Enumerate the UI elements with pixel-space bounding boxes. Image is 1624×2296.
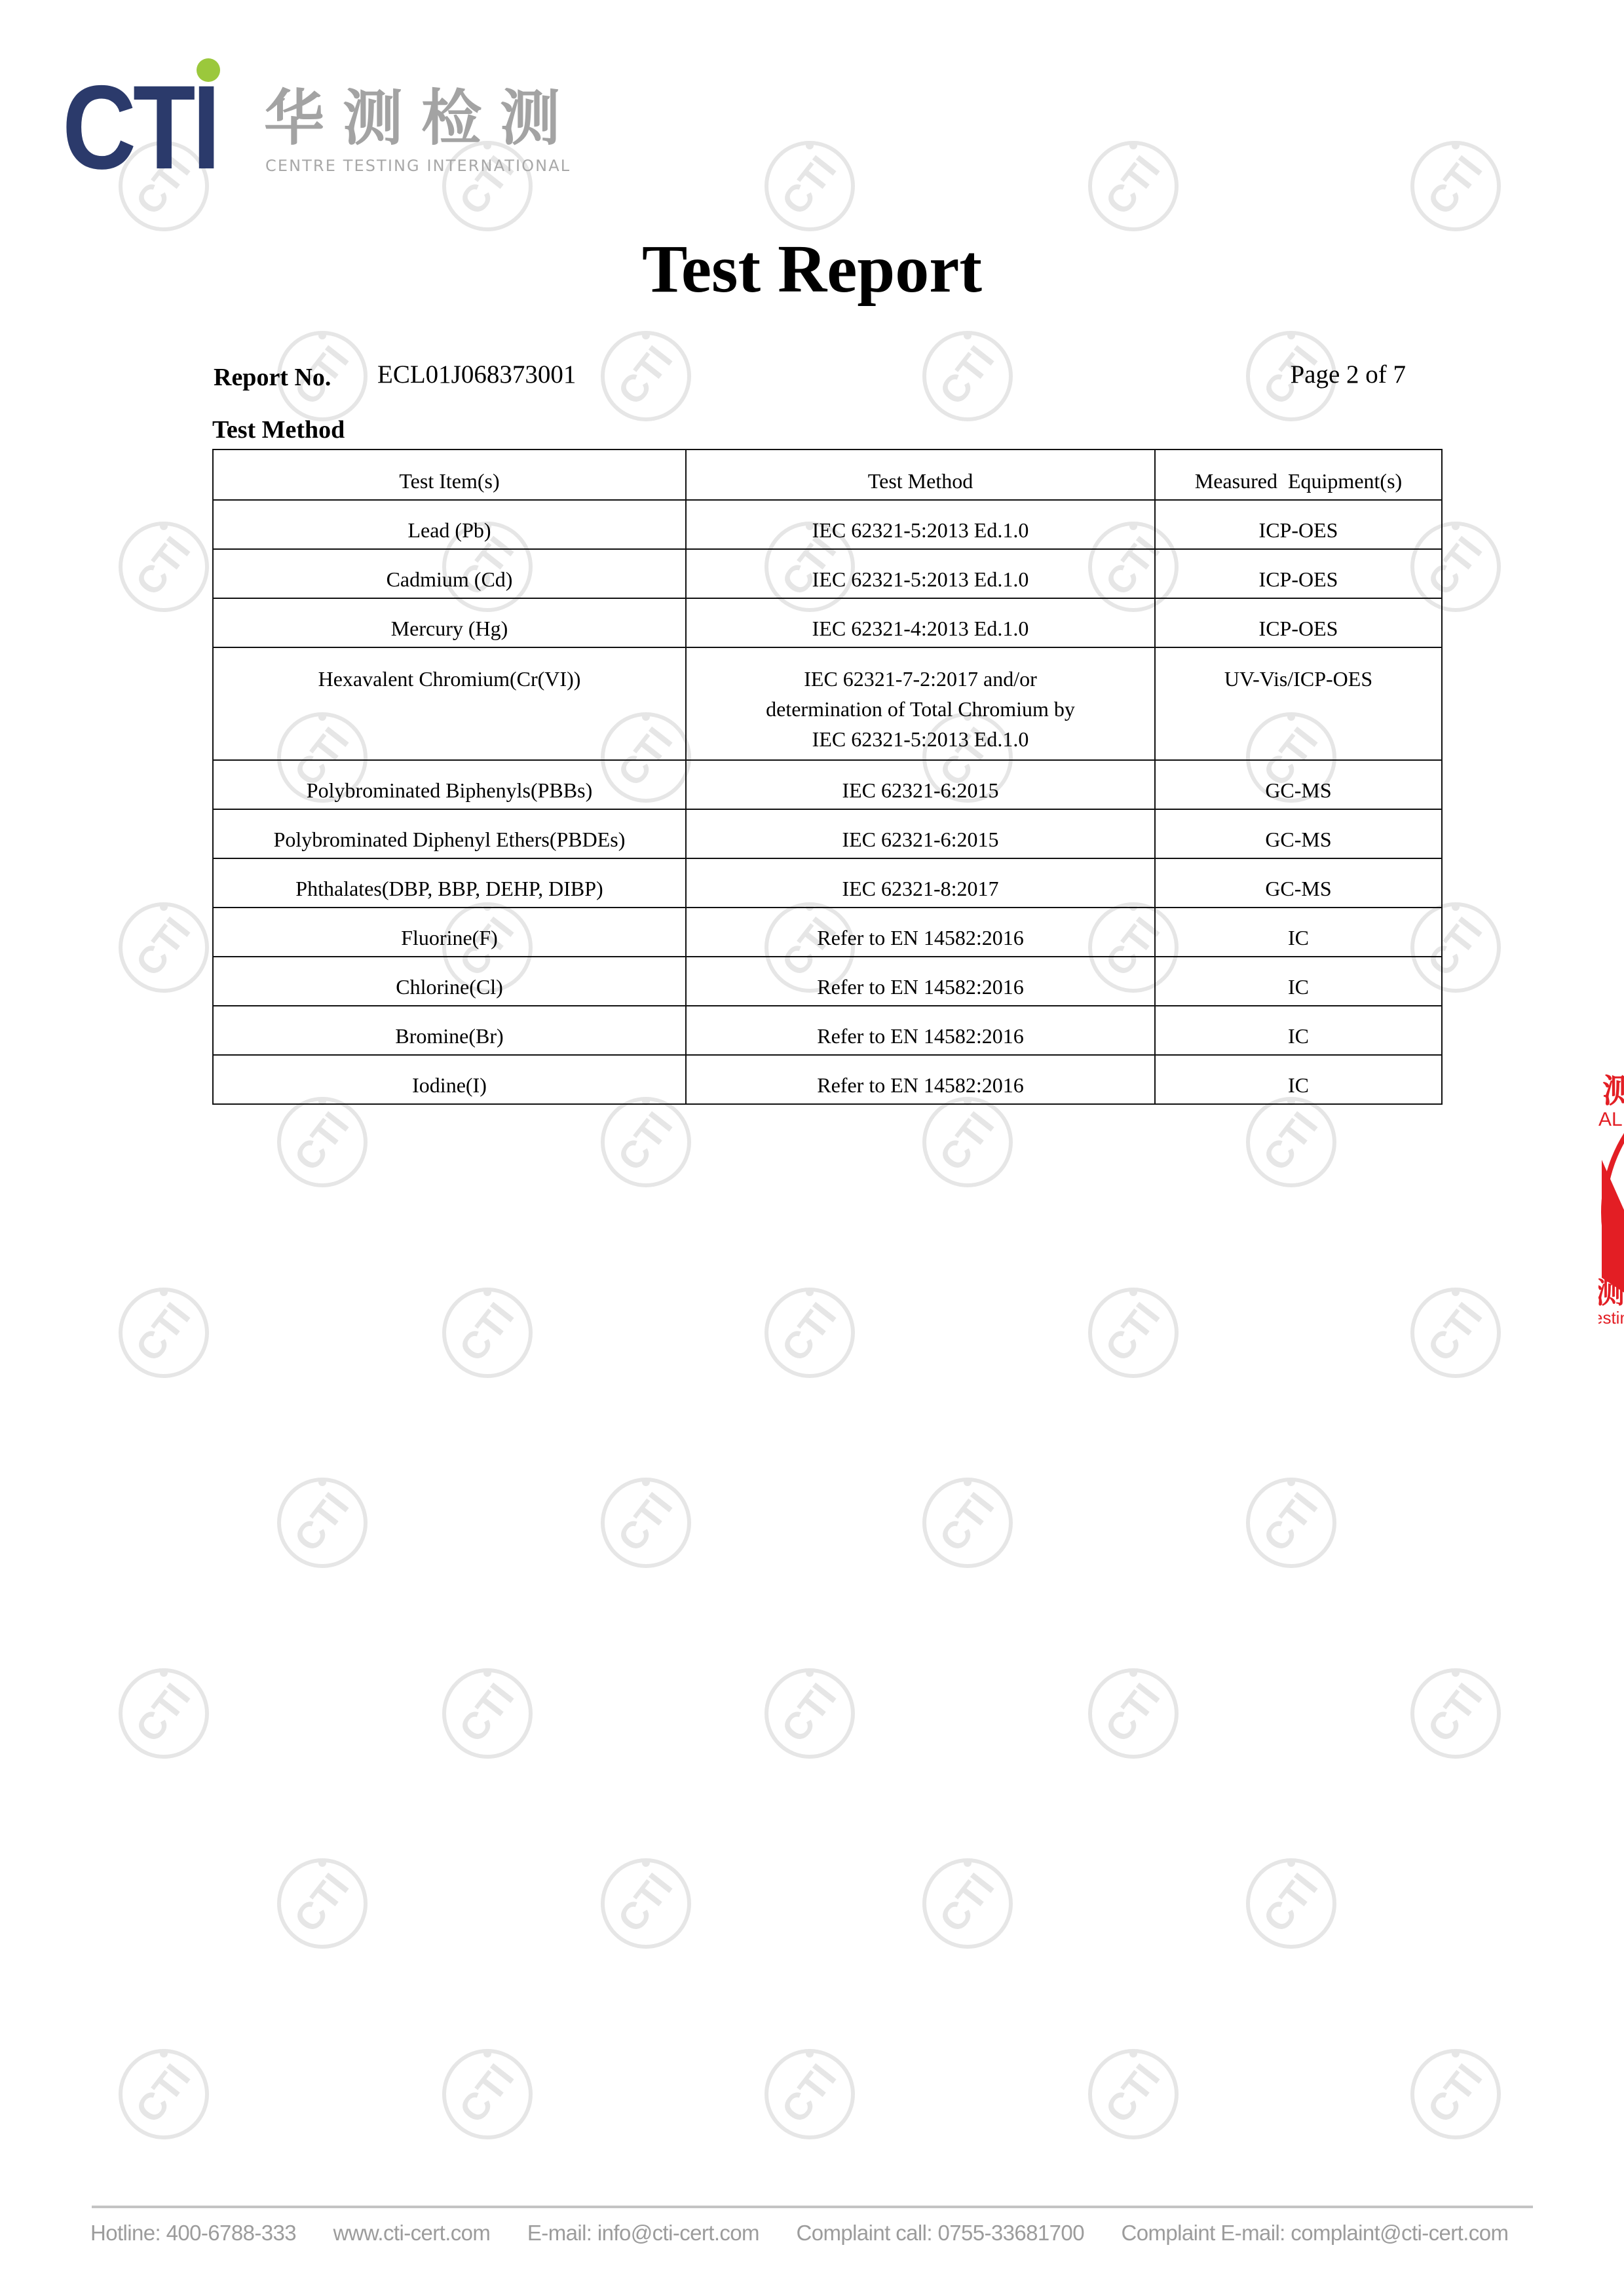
cti-watermark-icon: CTI [275, 1476, 369, 1570]
cell-test-item: Mercury (Hg) [213, 598, 686, 647]
cti-watermark-icon: CTI [117, 520, 211, 614]
footer-website-link[interactable]: www.cti-cert.com [333, 2221, 491, 2245]
cell-equipment: GC-MS [1155, 858, 1442, 908]
logo-chinese-name: 华测检测 [264, 86, 578, 151]
svg-text:CTI: CTI [451, 1295, 522, 1369]
cti-watermark-icon: CTI [117, 900, 211, 995]
svg-text:CTI: CTI [286, 1865, 357, 1940]
svg-text:CTI: CTI [286, 1485, 357, 1559]
cell-test-method: IEC 62321-4:2013 Ed.1.0 [686, 598, 1155, 647]
page-indicator: Page 2 of 7 [1290, 360, 1406, 390]
cti-watermark-icon: CTI [1408, 1286, 1503, 1380]
footer-email-link[interactable]: E-mail: info@cti-cert.com [527, 2221, 759, 2245]
report-meta: Report No. ECL01J068373001 Page 2 of 7 [214, 362, 1406, 394]
stamp-star-icon: 测 AL A 测专 esting [1598, 1062, 1624, 1363]
table-row: Chlorine(Cl)Refer to EN 14582:2016IC [213, 957, 1442, 1006]
cell-equipment: IC [1155, 1006, 1442, 1055]
footer-divider [92, 2206, 1533, 2208]
cell-test-item: Polybrominated Diphenyl Ethers(PBDEs) [213, 809, 686, 858]
svg-text:CTI: CTI [1255, 1485, 1326, 1559]
cti-watermark-icon: CTI [1244, 1095, 1338, 1189]
cti-watermark-icon: CTI [440, 1666, 535, 1761]
cell-test-method: IEC 62321-7-2:2017 and/ordetermination o… [686, 647, 1155, 760]
cell-equipment: ICP-OES [1155, 500, 1442, 549]
cti-watermark-icon: CTI [599, 1476, 693, 1570]
table-row: Lead (Pb)IEC 62321-5:2013 Ed.1.0ICP-OES [213, 500, 1442, 549]
svg-text:CTI: CTI [773, 1295, 844, 1369]
footer-complaint-email-link[interactable]: Complaint E-mail: complaint@cti-cert.com [1122, 2221, 1509, 2245]
cti-watermark-icon: CTI [763, 2047, 857, 2141]
header-measured-equipment: Measured Equipment(s) [1155, 450, 1442, 500]
svg-text:CTI: CTI [127, 909, 198, 984]
table-row: Fluorine(F)Refer to EN 14582:2016IC [213, 908, 1442, 957]
cti-watermark-icon: CTI [1408, 139, 1503, 233]
table-row: Hexavalent Chromium(Cr(VI))IEC 62321-7-2… [213, 647, 1442, 760]
table-row: Phthalates(DBP, BBP, DEHP, DIBP)IEC 6232… [213, 858, 1442, 908]
logo-brand-mark: CTI [62, 78, 217, 176]
svg-text:CTI: CTI [773, 148, 844, 223]
cell-test-method: Refer to EN 14582:2016 [686, 957, 1155, 1006]
test-method-table: Test Item(s) Test Method Measured Equipm… [212, 449, 1443, 1105]
cell-test-method: IEC 62321-6:2015 [686, 809, 1155, 858]
cell-equipment: ICP-OES [1155, 598, 1442, 647]
svg-text:CTI: CTI [127, 1675, 198, 1750]
svg-text:测专: 测专 [1598, 1276, 1624, 1310]
svg-text:CTI: CTI [931, 1104, 1002, 1179]
header-test-method: Test Method [686, 450, 1155, 500]
svg-text:CTI: CTI [931, 1485, 1002, 1559]
table-row: Bromine(Br)Refer to EN 14582:2016IC [213, 1006, 1442, 1055]
company-logo: CTI 华测检测 CENTRE TESTING INTERNATIONAL [62, 56, 586, 180]
cell-test-method: IEC 62321-5:2013 Ed.1.0 [686, 549, 1155, 598]
cti-watermark-icon: CTI [1408, 1666, 1503, 1761]
watermark-layer: CTICTICTICTICTICTICTICTICTICTICTICTICTIC… [0, 0, 1624, 2296]
cell-test-method: Refer to EN 14582:2016 [686, 1055, 1155, 1104]
footer-contact: Hotline: 400-6788-333 www.cti-cert.com E… [90, 2220, 1508, 2246]
svg-text:CTI: CTI [451, 1675, 522, 1750]
cell-test-item: Cadmium (Cd) [213, 549, 686, 598]
svg-text:CTI: CTI [1419, 2056, 1490, 2131]
svg-text:AL A: AL A [1598, 1109, 1624, 1130]
svg-text:CTI: CTI [1255, 1865, 1326, 1940]
cti-watermark-icon: CTI [1086, 1666, 1180, 1761]
cell-equipment: GC-MS [1155, 760, 1442, 809]
table-row: Polybrominated Biphenyls(PBBs)IEC 62321-… [213, 760, 1442, 809]
cti-watermark-icon: CTI [1086, 1286, 1180, 1380]
page-title: Test Report [0, 233, 1624, 305]
cell-equipment: IC [1155, 957, 1442, 1006]
logo-english-name: CENTRE TESTING INTERNATIONAL [265, 157, 571, 175]
cell-test-method: IEC 62321-8:2017 [686, 858, 1155, 908]
svg-text:CTI: CTI [286, 1104, 357, 1179]
cti-watermark-icon: CTI [1244, 1856, 1338, 1951]
table-row: Mercury (Hg)IEC 62321-4:2013 Ed.1.0ICP-O… [213, 598, 1442, 647]
cell-test-method: IEC 62321-5:2013 Ed.1.0 [686, 500, 1155, 549]
svg-text:CTI: CTI [1419, 148, 1490, 223]
cti-watermark-icon: CTI [1408, 2047, 1503, 2141]
svg-text:esting: esting [1598, 1308, 1624, 1328]
svg-text:CTI: CTI [1097, 2056, 1168, 2131]
cell-test-item: Bromine(Br) [213, 1006, 686, 1055]
cell-test-method: IEC 62321-6:2015 [686, 760, 1155, 809]
cti-watermark-icon: CTI [920, 1476, 1015, 1570]
cti-watermark-icon: CTI [1086, 2047, 1180, 2141]
cti-watermark-icon: CTI [920, 1095, 1015, 1189]
cell-test-method-line: IEC 62321-5:2013 Ed.1.0 [690, 724, 1150, 754]
svg-text:CTI: CTI [609, 1485, 681, 1559]
cti-watermark-icon: CTI [275, 1856, 369, 1951]
cti-watermark-icon: CTI [1244, 1476, 1338, 1570]
svg-text:CTI: CTI [773, 1675, 844, 1750]
svg-text:CTI: CTI [1097, 1675, 1168, 1750]
cti-watermark-icon: CTI [763, 139, 857, 233]
table-row: Polybrominated Diphenyl Ethers(PBDEs)IEC… [213, 809, 1442, 858]
svg-text:CTI: CTI [127, 529, 198, 603]
cell-equipment: ICP-OES [1155, 549, 1442, 598]
cell-test-method-line: IEC 62321-7-2:2017 and/or [690, 664, 1150, 694]
cell-equipment: GC-MS [1155, 809, 1442, 858]
cell-test-item: Polybrominated Biphenyls(PBBs) [213, 760, 686, 809]
report-no-label: Report No. [214, 362, 331, 392]
table-header-row: Test Item(s) Test Method Measured Equipm… [213, 450, 1442, 500]
official-stamp: 测 AL A 测专 esting [1598, 1062, 1624, 1363]
cti-watermark-icon: CTI [599, 1095, 693, 1189]
cti-watermark-icon: CTI [440, 1286, 535, 1380]
cti-watermark-icon: CTI [440, 2047, 535, 2141]
cell-equipment: IC [1155, 908, 1442, 957]
svg-text:CTI: CTI [127, 1295, 198, 1369]
cti-watermark-icon: CTI [763, 1666, 857, 1761]
logo-green-dot-icon [197, 58, 220, 82]
cti-watermark-icon: CTI [117, 1666, 211, 1761]
cell-test-item: Lead (Pb) [213, 500, 686, 549]
table-row: Iodine(I)Refer to EN 14582:2016IC [213, 1055, 1442, 1104]
cell-test-method: Refer to EN 14582:2016 [686, 1006, 1155, 1055]
report-no-value: ECL01J068373001 [377, 360, 576, 390]
cti-watermark-icon: CTI [920, 1856, 1015, 1951]
cell-test-item: Chlorine(Cl) [213, 957, 686, 1006]
svg-text:CTI: CTI [609, 1104, 681, 1179]
svg-text:CTI: CTI [609, 1865, 681, 1940]
svg-text:CTI: CTI [773, 2056, 844, 2131]
section-heading-test-method: Test Method [212, 415, 345, 445]
svg-text:测: 测 [1602, 1072, 1624, 1110]
svg-text:CTI: CTI [451, 2056, 522, 2131]
cell-test-item: Hexavalent Chromium(Cr(VI)) [213, 647, 686, 760]
svg-text:CTI: CTI [1419, 1675, 1490, 1750]
cti-watermark-icon: CTI [763, 1286, 857, 1380]
footer-hotline: Hotline: 400-6788-333 [90, 2221, 296, 2245]
cell-test-item: Iodine(I) [213, 1055, 686, 1104]
footer-complaint-call: Complaint call: 0755-33681700 [797, 2221, 1084, 2245]
svg-text:CTI: CTI [931, 1865, 1002, 1940]
svg-text:CTI: CTI [1255, 1104, 1326, 1179]
svg-text:CTI: CTI [1097, 148, 1168, 223]
cell-equipment: IC [1155, 1055, 1442, 1104]
svg-text:CTI: CTI [1097, 1295, 1168, 1369]
cti-watermark-icon: CTI [599, 1856, 693, 1951]
header-test-items: Test Item(s) [213, 450, 686, 500]
cell-test-item: Phthalates(DBP, BBP, DEHP, DIBP) [213, 858, 686, 908]
cti-watermark-icon: CTI [117, 2047, 211, 2141]
cell-test-item: Fluorine(F) [213, 908, 686, 957]
cti-watermark-icon: CTI [117, 1286, 211, 1380]
cell-test-method: Refer to EN 14582:2016 [686, 908, 1155, 957]
cti-watermark-icon: CTI [275, 1095, 369, 1189]
svg-text:CTI: CTI [127, 2056, 198, 2131]
cell-test-method-line: determination of Total Chromium by [690, 694, 1150, 724]
svg-text:CTI: CTI [1419, 1295, 1490, 1369]
cell-equipment: UV-Vis/ICP-OES [1155, 647, 1442, 760]
table-row: Cadmium (Cd)IEC 62321-5:2013 Ed.1.0ICP-O… [213, 549, 1442, 598]
cti-watermark-icon: CTI [1086, 139, 1180, 233]
